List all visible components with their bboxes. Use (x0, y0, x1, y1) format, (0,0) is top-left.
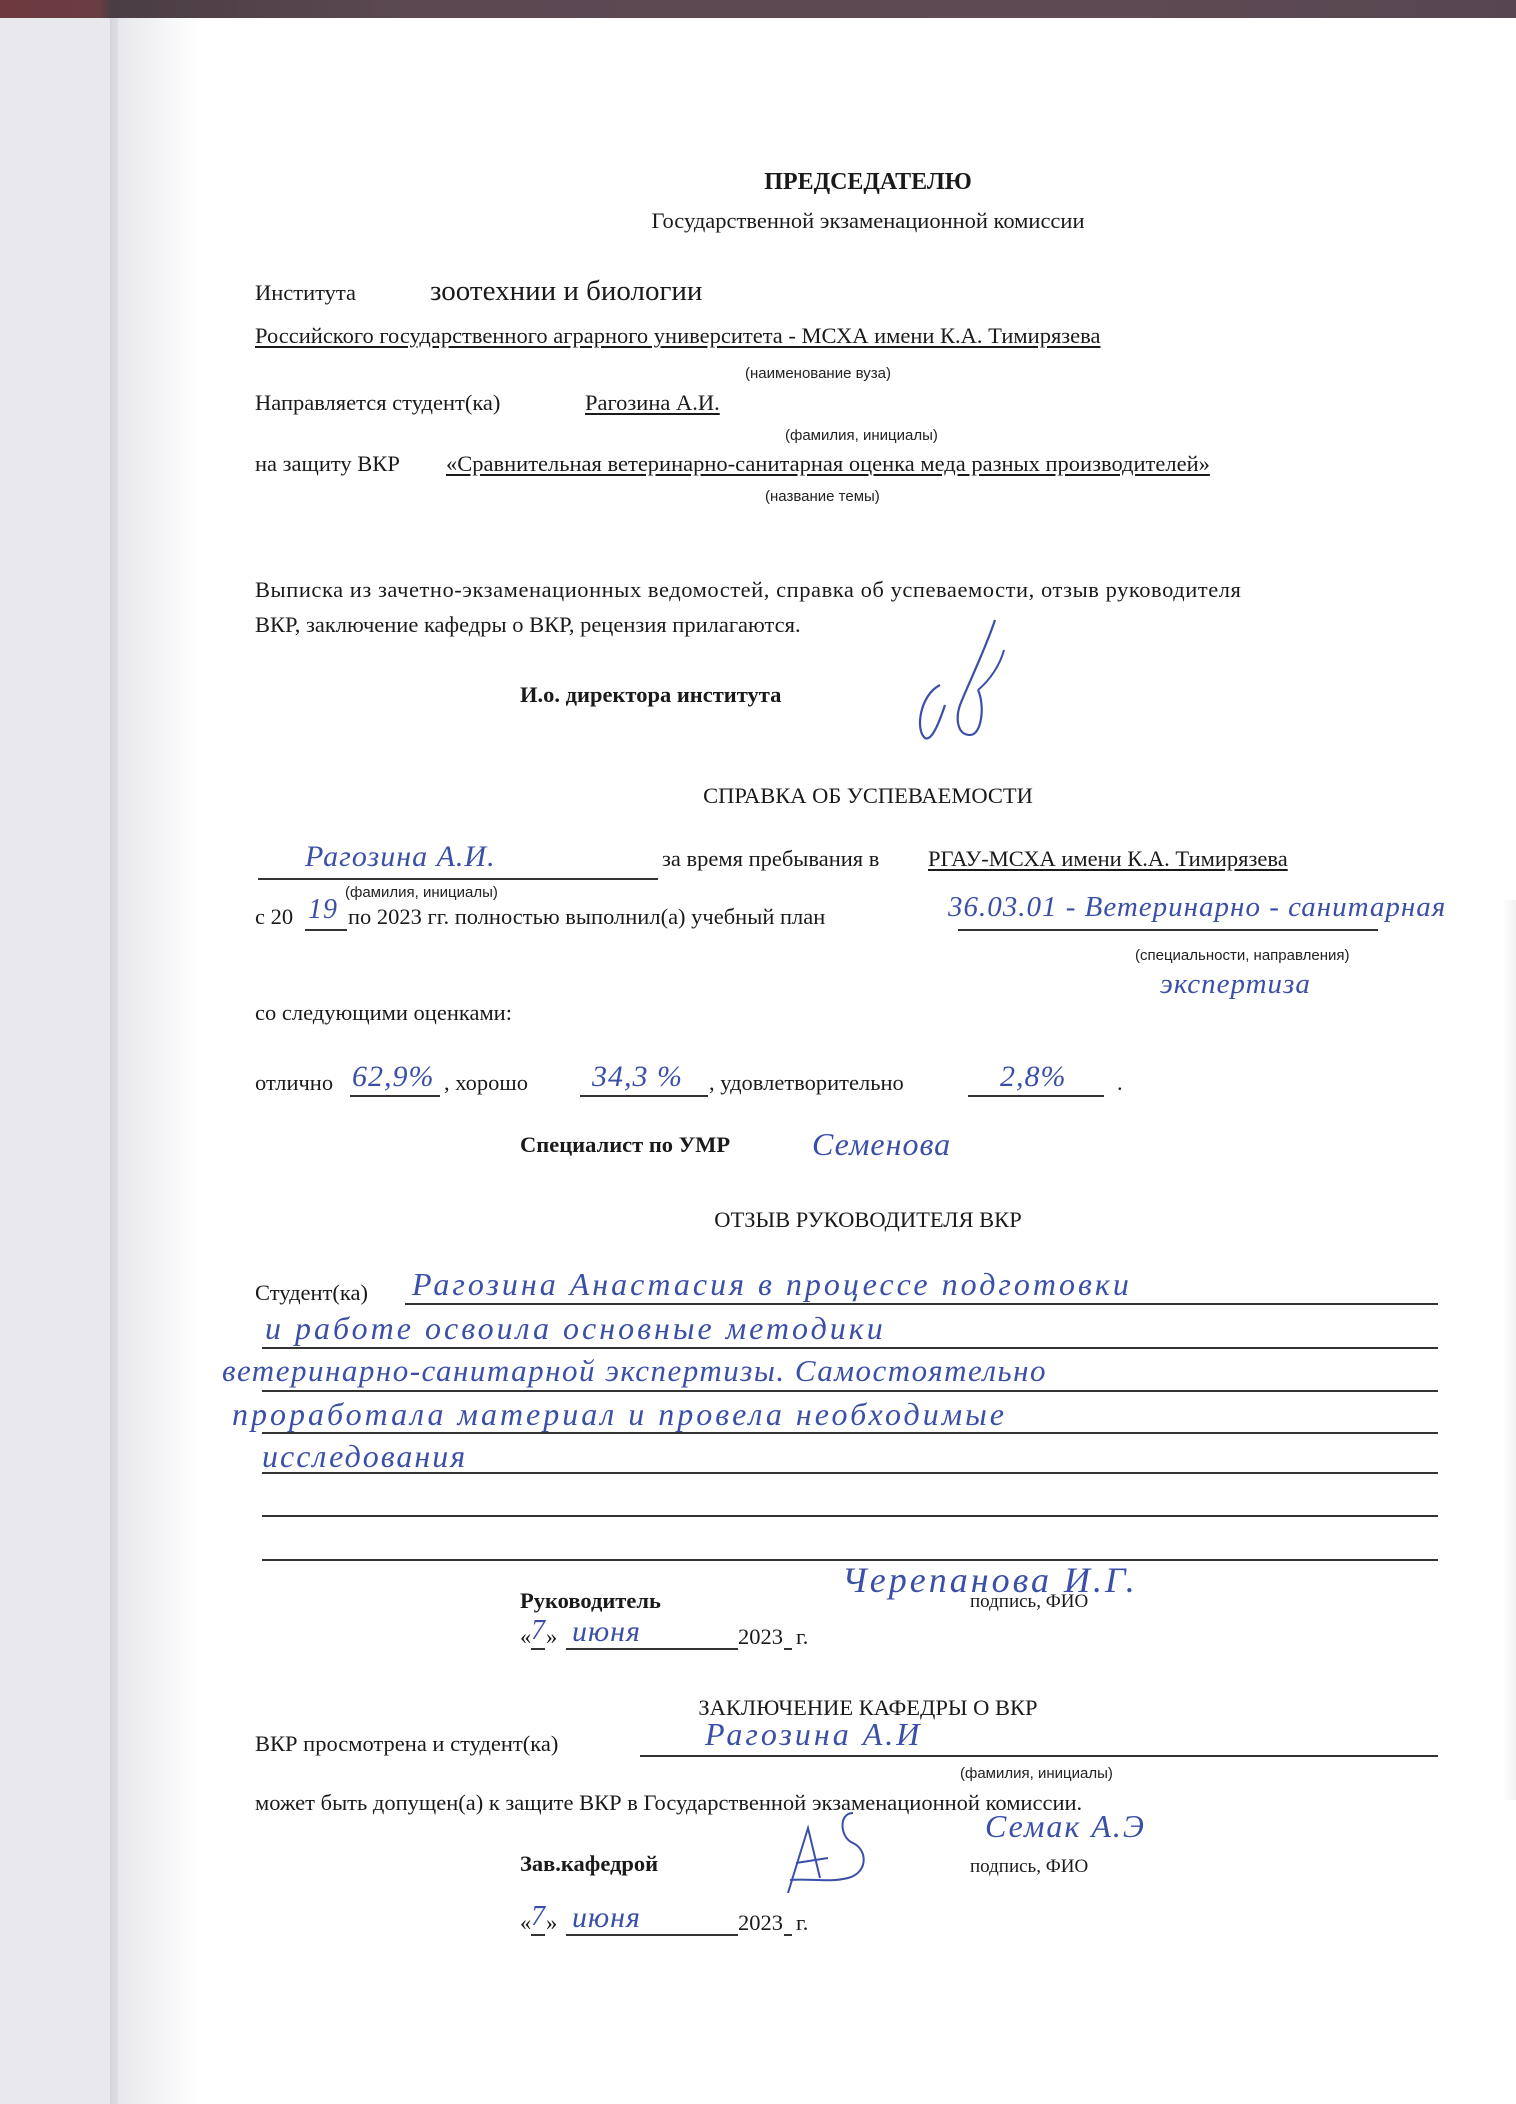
addressee-subtitle: Государственной экзаменационной комиссии (0, 210, 1516, 233)
admission-text: может быть допущен(а) к защите ВКР в Гос… (255, 1792, 1082, 1815)
review-date-close: » (546, 1626, 557, 1649)
review-text-4: проработала материал и провела необходим… (232, 1398, 1007, 1430)
review-line-3 (262, 1390, 1438, 1392)
student-label: Направляется студент(ка) (255, 392, 500, 415)
conclusion-date-year-underline (784, 1934, 792, 1936)
review-text-1: Рагозина Анастасия в процессе подготовки (412, 1268, 1132, 1300)
student-name-caption: (фамилия, инициалы) (345, 885, 498, 900)
stay-text: за время пребывания в (662, 848, 879, 871)
period-suffix: по 2023 гг. полностью выполнил(а) учебны… (348, 906, 825, 929)
satisfactory-label: , удовлетворительно (709, 1072, 904, 1095)
conclusion-date-close: » (546, 1912, 557, 1935)
review-line-4 (262, 1432, 1438, 1434)
period-prefix: с 20 (255, 906, 293, 929)
student-name-underline (258, 878, 658, 880)
review-date-day: 7 (531, 1617, 546, 1645)
student-name-handwritten: Рагозина А.И. (305, 842, 496, 872)
review-date-month-underline (566, 1648, 738, 1650)
review-date-month: июня (572, 1617, 641, 1647)
conclusion-date-open: « (520, 1912, 531, 1935)
excellent-underline (350, 1095, 440, 1097)
review-line-2 (262, 1347, 1438, 1349)
review-student-label: Студент(ка) (255, 1282, 368, 1305)
page-shadow (118, 18, 198, 2104)
review-title: ОТЗЫВ РУКОВОДИТЕЛЯ ВКР (0, 1209, 1516, 1232)
institute-label: Института (255, 282, 356, 305)
excellent-value: 62,9% (352, 1062, 435, 1092)
review-text-2: и работе освоила основные методики (265, 1312, 886, 1344)
university-short: РГАУ-МСХА имени К.А. Тимирязева (928, 848, 1288, 871)
grades-label: со следующими оценками: (255, 1002, 512, 1025)
plan-caption: (специальности, направления) (1135, 948, 1349, 963)
plan-handwritten: 36.03.01 - Ветеринарно - санитарная (948, 893, 1446, 922)
excellent-label: отлично (255, 1072, 333, 1095)
good-label: , хорошо (444, 1072, 528, 1095)
institute-value: зоотехнии и биологии (430, 277, 702, 306)
head-signature-icon (778, 1808, 898, 1903)
review-date-year: 2023 (738, 1626, 783, 1649)
satisfactory-underline (968, 1095, 1104, 1097)
start-year-underline (305, 929, 347, 931)
topic-label: на защиту ВКР (255, 453, 400, 476)
satisfactory-value: 2,8% (1000, 1062, 1067, 1092)
specialist-label: Специалист по УМР (520, 1134, 730, 1157)
student-caption: (фамилия, инициалы) (785, 428, 938, 443)
conclusion-student-handwritten: Рагозина А.И (705, 1718, 922, 1750)
addressee-title: ПРЕДСЕДАТЕЛЮ (0, 170, 1516, 194)
grades-end-dot: . (1117, 1072, 1123, 1095)
start-year-handwritten: 19 (308, 896, 338, 924)
review-text-5: исследования (262, 1440, 467, 1472)
plan-underline (958, 929, 1378, 931)
reviewed-label: ВКР просмотрена и студент(ка) (255, 1733, 558, 1756)
review-line-6 (262, 1515, 1438, 1517)
director-signature-icon (900, 610, 1040, 760)
head-sign-caption: подпись, ФИО (970, 1857, 1088, 1876)
university-name: Российского государственного аграрного у… (255, 325, 1100, 348)
university-caption: (наименование вуза) (745, 366, 891, 381)
review-date-day-underline (531, 1648, 545, 1650)
conclusion-date-month: июня (572, 1903, 641, 1933)
head-signature: Семак А.Э (985, 1810, 1146, 1842)
conclusion-student-underline (640, 1755, 1438, 1757)
scan-top-edge (0, 0, 1516, 18)
conclusion-date-suffix: г. (796, 1912, 808, 1935)
good-underline (580, 1095, 708, 1097)
specialist-signature: Семенова (812, 1128, 951, 1160)
conclusion-date-day: 7 (531, 1903, 546, 1931)
topic-caption: (название темы) (765, 489, 880, 504)
conclusion-date-month-underline (566, 1934, 738, 1936)
page-binding-fold (110, 18, 118, 2104)
review-text-3: ветеринарно-санитарной экспертизы. Самос… (222, 1355, 1047, 1386)
head-label: Зав.кафедрой (520, 1853, 658, 1876)
good-value: 34,3 % (592, 1062, 683, 1092)
attachments-text-line2: ВКР, заключение кафедры о ВКР, рецензия … (255, 614, 801, 637)
progress-title: СПРАВКА ОБ УСПЕВАЕМОСТИ (0, 785, 1516, 808)
conclusion-date-year: 2023 (738, 1912, 783, 1935)
supervisor-sign-caption: подпись, ФИО (970, 1592, 1088, 1611)
supervisor-label: Руководитель (520, 1590, 661, 1613)
scan-left-margin (0, 18, 110, 2104)
plan-handwritten-cont: экспертиза (1160, 970, 1311, 999)
conclusion-student-caption: (фамилия, инициалы) (960, 1766, 1113, 1781)
review-date-year-underline (784, 1648, 792, 1650)
review-line-1 (405, 1303, 1438, 1305)
review-date-suffix: г. (796, 1626, 808, 1649)
student-value: Рагозина А.И. (585, 392, 720, 415)
conclusion-date-day-underline (531, 1934, 545, 1936)
director-label: И.о. директора института (520, 684, 781, 707)
review-date-open: « (520, 1626, 531, 1649)
topic-value: «Сравнительная ветеринарно-санитарная оц… (446, 453, 1210, 476)
attachments-text-line1: Выписка из зачетно-экзаменационных ведом… (255, 579, 1241, 602)
scan-right-edge (1502, 900, 1516, 1800)
